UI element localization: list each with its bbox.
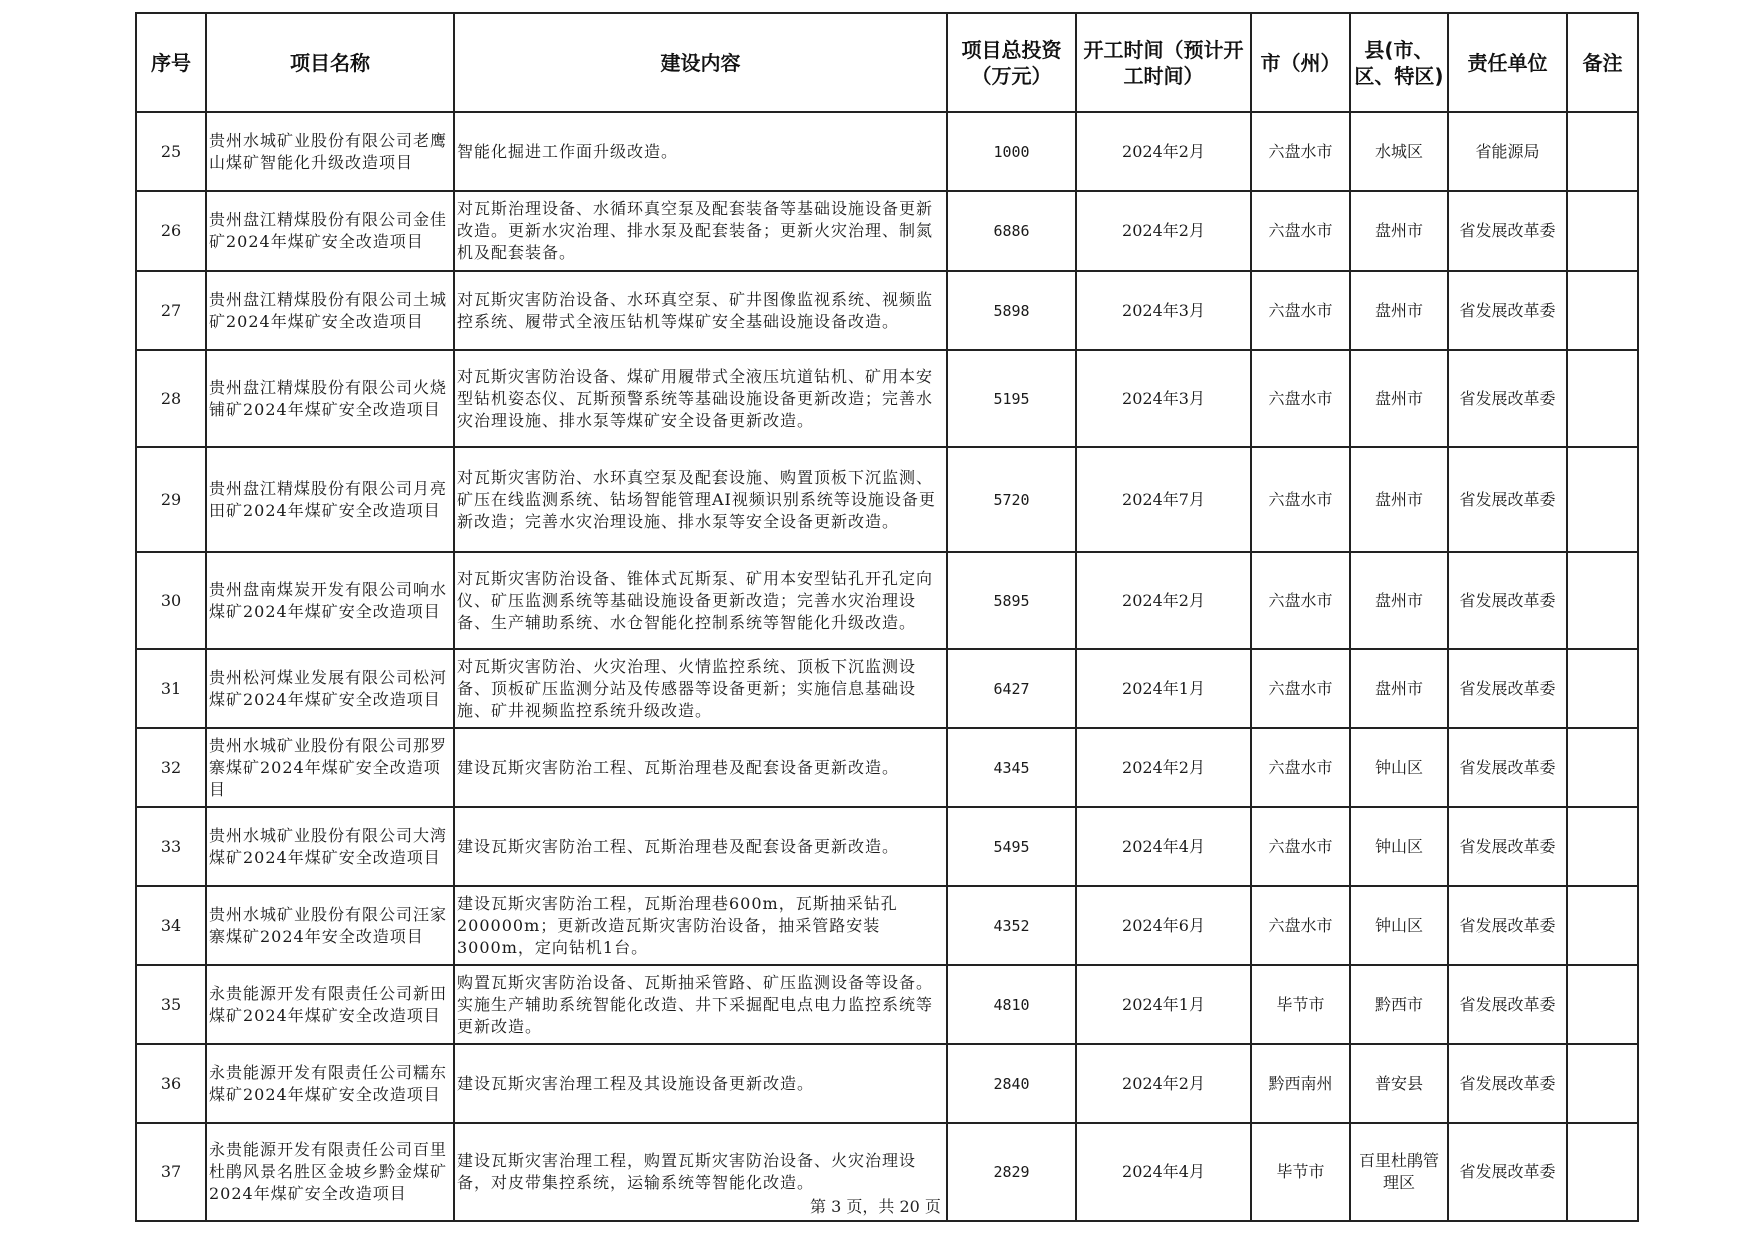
cell-unit: 省能源局 xyxy=(1448,112,1567,191)
cell-city: 六盘水市 xyxy=(1251,649,1350,728)
cell-county: 普安县 xyxy=(1350,1044,1448,1123)
cell-content: 智能化掘进工作面升级改造。 xyxy=(454,112,947,191)
cell-city: 毕节市 xyxy=(1251,1123,1350,1221)
cell-investment: 5720 xyxy=(947,447,1076,552)
cell-remark xyxy=(1567,191,1638,271)
cell-remark xyxy=(1567,886,1638,965)
cell-county: 百里杜鹃管理区 xyxy=(1350,1123,1448,1221)
cell-name: 贵州水城矿业股份有限公司汪家寨煤矿2024年安全改造项目 xyxy=(206,886,454,965)
table-row: 35永贵能源开发有限责任公司新田煤矿2024年煤矿安全改造项目购置瓦斯灾害防治设… xyxy=(136,965,1638,1044)
cell-start: 2024年2月 xyxy=(1076,1044,1251,1123)
cell-investment: 5895 xyxy=(947,552,1076,649)
cell-name: 贵州盘江精煤股份有限公司月亮田矿2024年煤矿安全改造项目 xyxy=(206,447,454,552)
cell-unit: 省发展改革委 xyxy=(1448,552,1567,649)
table-row: 26贵州盘江精煤股份有限公司金佳矿2024年煤矿安全改造项目对瓦斯治理设备、水循… xyxy=(136,191,1638,271)
cell-city: 六盘水市 xyxy=(1251,191,1350,271)
header-city: 市（州） xyxy=(1251,13,1350,112)
cell-start: 2024年3月 xyxy=(1076,350,1251,447)
cell-investment: 2829 xyxy=(947,1123,1076,1221)
cell-start: 2024年6月 xyxy=(1076,886,1251,965)
cell-remark xyxy=(1567,1123,1638,1221)
header-unit: 责任单位 xyxy=(1448,13,1567,112)
cell-unit: 省发展改革委 xyxy=(1448,1044,1567,1123)
cell-remark xyxy=(1567,552,1638,649)
cell-county: 盘州市 xyxy=(1350,191,1448,271)
cell-unit: 省发展改革委 xyxy=(1448,271,1567,350)
cell-content: 建设瓦斯灾害防治工程、瓦斯治理巷及配套设备更新改造。 xyxy=(454,728,947,807)
cell-remark xyxy=(1567,112,1638,191)
table-row: 31贵州松河煤业发展有限公司松河煤矿2024年煤矿安全改造项目对瓦斯灾害防治、火… xyxy=(136,649,1638,728)
page-number: 第 3 页，共 20 页 xyxy=(810,1194,941,1217)
cell-unit: 省发展改革委 xyxy=(1448,649,1567,728)
cell-remark xyxy=(1567,447,1638,552)
cell-seq: 34 xyxy=(136,886,206,965)
cell-seq: 29 xyxy=(136,447,206,552)
table-row: 30贵州盘南煤炭开发有限公司响水煤矿2024年煤矿安全改造项目对瓦斯灾害防治设备… xyxy=(136,552,1638,649)
cell-content: 建设瓦斯灾害防治工程，瓦斯治理巷600m，瓦斯抽采钻孔200000m；更新改造瓦… xyxy=(454,886,947,965)
cell-city: 六盘水市 xyxy=(1251,350,1350,447)
cell-investment: 2840 xyxy=(947,1044,1076,1123)
cell-name: 永贵能源开发有限责任公司百里杜鹃风景名胜区金坡乡黔金煤矿2024年煤矿安全改造项… xyxy=(206,1123,454,1221)
cell-unit: 省发展改革委 xyxy=(1448,447,1567,552)
cell-start: 2024年1月 xyxy=(1076,965,1251,1044)
cell-investment: 4345 xyxy=(947,728,1076,807)
cell-unit: 省发展改革委 xyxy=(1448,1123,1567,1221)
cell-investment: 4810 xyxy=(947,965,1076,1044)
cell-city: 六盘水市 xyxy=(1251,271,1350,350)
cell-start: 2024年3月 xyxy=(1076,271,1251,350)
table-row: 27贵州盘江精煤股份有限公司土城矿2024年煤矿安全改造项目对瓦斯灾害防治设备、… xyxy=(136,271,1638,350)
cell-remark xyxy=(1567,728,1638,807)
cell-name: 永贵能源开发有限责任公司新田煤矿2024年煤矿安全改造项目 xyxy=(206,965,454,1044)
cell-content: 购置瓦斯灾害防治设备、瓦斯抽采管路、矿压监测设备等设备。实施生产辅助系统智能化改… xyxy=(454,965,947,1044)
table-row: 36永贵能源开发有限责任公司糯东煤矿2024年煤矿安全改造项目建设瓦斯灾害治理工… xyxy=(136,1044,1638,1123)
cell-city: 六盘水市 xyxy=(1251,112,1350,191)
cell-seq: 37 xyxy=(136,1123,206,1221)
cell-seq: 36 xyxy=(136,1044,206,1123)
cell-remark xyxy=(1567,807,1638,886)
cell-unit: 省发展改革委 xyxy=(1448,965,1567,1044)
cell-seq: 26 xyxy=(136,191,206,271)
cell-seq: 25 xyxy=(136,112,206,191)
cell-seq: 30 xyxy=(136,552,206,649)
cell-county: 盘州市 xyxy=(1350,447,1448,552)
cell-start: 2024年4月 xyxy=(1076,807,1251,886)
table-row: 25贵州水城矿业股份有限公司老鹰山煤矿智能化升级改造项目智能化掘进工作面升级改造… xyxy=(136,112,1638,191)
cell-remark xyxy=(1567,1044,1638,1123)
cell-city: 六盘水市 xyxy=(1251,728,1350,807)
cell-city: 六盘水市 xyxy=(1251,552,1350,649)
header-row: 序号 项目名称 建设内容 项目总投资（万元） 开工时间（预计开工时间） 市（州）… xyxy=(136,13,1638,112)
cell-start: 2024年2月 xyxy=(1076,552,1251,649)
cell-name: 贵州盘江精煤股份有限公司金佳矿2024年煤矿安全改造项目 xyxy=(206,191,454,271)
cell-investment: 5898 xyxy=(947,271,1076,350)
table-row: 32贵州水城矿业股份有限公司那罗寨煤矿2024年煤矿安全改造项目建设瓦斯灾害防治… xyxy=(136,728,1638,807)
cell-content: 对瓦斯灾害防治设备、锥体式瓦斯泵、矿用本安型钻孔开孔定向仪、矿压监测系统等基础设… xyxy=(454,552,947,649)
cell-name: 贵州盘江精煤股份有限公司土城矿2024年煤矿安全改造项目 xyxy=(206,271,454,350)
cell-name: 永贵能源开发有限责任公司糯东煤矿2024年煤矿安全改造项目 xyxy=(206,1044,454,1123)
cell-seq: 32 xyxy=(136,728,206,807)
cell-name: 贵州水城矿业股份有限公司老鹰山煤矿智能化升级改造项目 xyxy=(206,112,454,191)
cell-start: 2024年2月 xyxy=(1076,112,1251,191)
cell-seq: 27 xyxy=(136,271,206,350)
cell-seq: 28 xyxy=(136,350,206,447)
cell-county: 盘州市 xyxy=(1350,552,1448,649)
cell-seq: 33 xyxy=(136,807,206,886)
cell-county: 钟山区 xyxy=(1350,886,1448,965)
cell-remark xyxy=(1567,350,1638,447)
cell-content: 对瓦斯灾害防治设备、水环真空泵、矿井图像监视系统、视频监控系统、履带式全液压钻机… xyxy=(454,271,947,350)
header-investment: 项目总投资（万元） xyxy=(947,13,1076,112)
cell-name: 贵州盘江精煤股份有限公司火烧铺矿2024年煤矿安全改造项目 xyxy=(206,350,454,447)
cell-name: 贵州水城矿业股份有限公司那罗寨煤矿2024年煤矿安全改造项目 xyxy=(206,728,454,807)
cell-content: 对瓦斯灾害防治、火灾治理、火情监控系统、顶板下沉监测设备、顶板矿压监测分站及传感… xyxy=(454,649,947,728)
cell-start: 2024年2月 xyxy=(1076,728,1251,807)
cell-county: 盘州市 xyxy=(1350,649,1448,728)
cell-content: 对瓦斯灾害防治、水环真空泵及配套设施、购置顶板下沉监测、矿压在线监测系统、钻场智… xyxy=(454,447,947,552)
cell-city: 黔西南州 xyxy=(1251,1044,1350,1123)
cell-name: 贵州松河煤业发展有限公司松河煤矿2024年煤矿安全改造项目 xyxy=(206,649,454,728)
cell-county: 黔西市 xyxy=(1350,965,1448,1044)
cell-content: 对瓦斯治理设备、水循环真空泵及配套装备等基础设施设备更新改造。更新水灾治理、排水… xyxy=(454,191,947,271)
cell-city: 毕节市 xyxy=(1251,965,1350,1044)
header-seq: 序号 xyxy=(136,13,206,112)
cell-name: 贵州水城矿业股份有限公司大湾煤矿2024年煤矿安全改造项目 xyxy=(206,807,454,886)
cell-investment: 6427 xyxy=(947,649,1076,728)
cell-investment: 4352 xyxy=(947,886,1076,965)
cell-start: 2024年7月 xyxy=(1076,447,1251,552)
cell-unit: 省发展改革委 xyxy=(1448,728,1567,807)
cell-investment: 5495 xyxy=(947,807,1076,886)
cell-county: 钟山区 xyxy=(1350,807,1448,886)
table-row: 33贵州水城矿业股份有限公司大湾煤矿2024年煤矿安全改造项目建设瓦斯灾害防治工… xyxy=(136,807,1638,886)
table-row: 34贵州水城矿业股份有限公司汪家寨煤矿2024年安全改造项目建设瓦斯灾害防治工程… xyxy=(136,886,1638,965)
header-content: 建设内容 xyxy=(454,13,947,112)
cell-city: 六盘水市 xyxy=(1251,886,1350,965)
cell-city: 六盘水市 xyxy=(1251,447,1350,552)
table-row: 29贵州盘江精煤股份有限公司月亮田矿2024年煤矿安全改造项目对瓦斯灾害防治、水… xyxy=(136,447,1638,552)
header-start: 开工时间（预计开工时间） xyxy=(1076,13,1251,112)
header-county: 县(市、区、特区) xyxy=(1350,13,1448,112)
cell-city: 六盘水市 xyxy=(1251,807,1350,886)
project-table: 序号 项目名称 建设内容 项目总投资（万元） 开工时间（预计开工时间） 市（州）… xyxy=(135,12,1639,1222)
cell-unit: 省发展改革委 xyxy=(1448,807,1567,886)
header-remark: 备注 xyxy=(1567,13,1638,112)
cell-investment: 5195 xyxy=(947,350,1076,447)
cell-remark xyxy=(1567,271,1638,350)
cell-investment: 1000 xyxy=(947,112,1076,191)
cell-seq: 31 xyxy=(136,649,206,728)
cell-content: 建设瓦斯灾害防治工程、瓦斯治理巷及配套设备更新改造。 xyxy=(454,807,947,886)
cell-unit: 省发展改革委 xyxy=(1448,191,1567,271)
cell-content: 对瓦斯灾害防治设备、煤矿用履带式全液压坑道钻机、矿用本安型钻机姿态仪、瓦斯预警系… xyxy=(454,350,947,447)
cell-unit: 省发展改革委 xyxy=(1448,350,1567,447)
cell-start: 2024年2月 xyxy=(1076,191,1251,271)
cell-county: 水城区 xyxy=(1350,112,1448,191)
cell-unit: 省发展改革委 xyxy=(1448,886,1567,965)
cell-county: 盘州市 xyxy=(1350,271,1448,350)
cell-content: 建设瓦斯灾害治理工程及其设施设备更新改造。 xyxy=(454,1044,947,1123)
cell-name: 贵州盘南煤炭开发有限公司响水煤矿2024年煤矿安全改造项目 xyxy=(206,552,454,649)
header-name: 项目名称 xyxy=(206,13,454,112)
cell-start: 2024年4月 xyxy=(1076,1123,1251,1221)
cell-county: 钟山区 xyxy=(1350,728,1448,807)
cell-start: 2024年1月 xyxy=(1076,649,1251,728)
cell-seq: 35 xyxy=(136,965,206,1044)
cell-county: 盘州市 xyxy=(1350,350,1448,447)
cell-remark xyxy=(1567,965,1638,1044)
table-row: 28贵州盘江精煤股份有限公司火烧铺矿2024年煤矿安全改造项目对瓦斯灾害防治设备… xyxy=(136,350,1638,447)
cell-remark xyxy=(1567,649,1638,728)
cell-investment: 6886 xyxy=(947,191,1076,271)
